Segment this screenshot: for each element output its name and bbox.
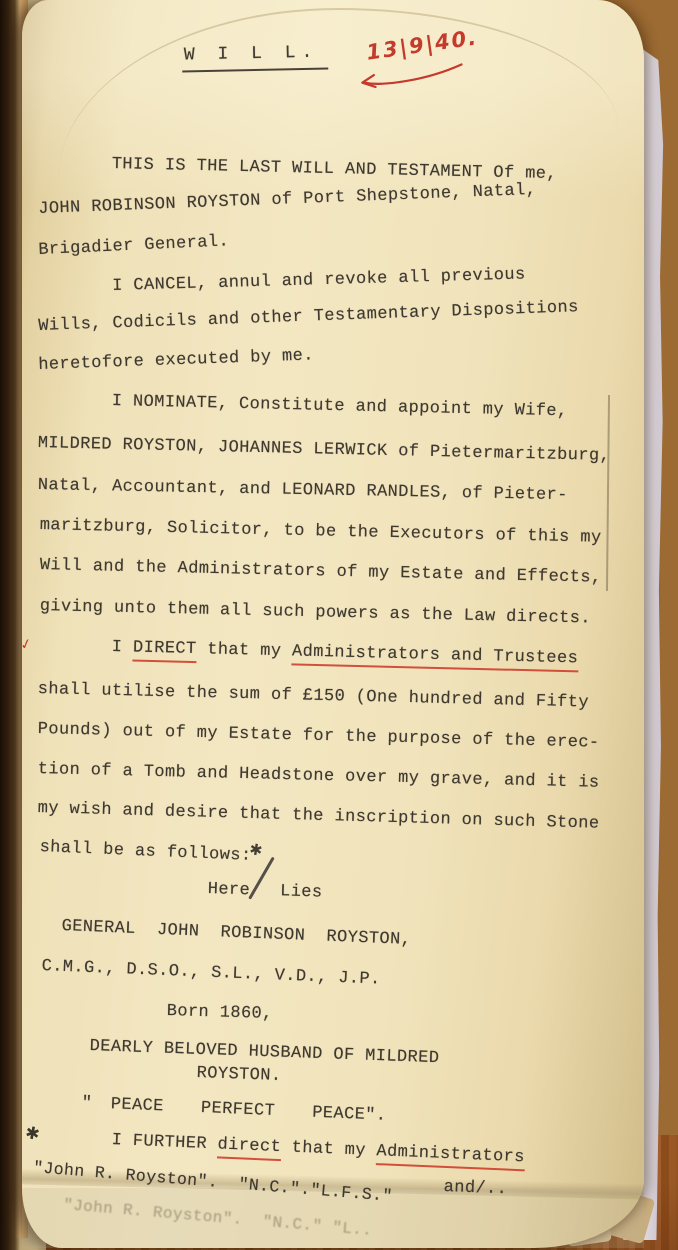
inscription-honours-line: C.M.G., D.S.O., S.L., V.D., J.P. — [41, 957, 381, 990]
will-line-direct: I DIRECT that my Administrators and Trus… — [112, 638, 579, 668]
will-line: I NOMINATE, Constitute and appoint my Wi… — [112, 392, 568, 421]
page-continuation-mark: and/.. — [443, 1178, 507, 1199]
will-line: Pounds) out of my Estate for the purpose… — [38, 720, 600, 753]
will-line: heretofore executed by me. — [38, 346, 314, 375]
will-line: shall be as follows: — [39, 838, 252, 866]
inscription-beloved-line: DEARLY BELOVED HUSBAND OF MILDRED — [89, 1037, 439, 1068]
paper-crease-vertical — [606, 395, 610, 591]
inscription-here-lies: HereLies — [207, 880, 322, 903]
inscription-peace-line: " PEACE PERFECT PEACE". — [81, 1094, 387, 1126]
insertion-asterisk-mark: ✱ — [248, 835, 264, 862]
line-segment: I FURTHER — [111, 1131, 218, 1154]
will-line: I CANCEL, annul and revoke all previous — [112, 265, 526, 296]
red-underlined-text: DIRECT — [133, 639, 197, 664]
will-line: giving unto them all such powers as the … — [40, 597, 592, 629]
red-underlined-text: direct — [217, 1135, 282, 1161]
line-segment: Here — [207, 880, 250, 900]
will-line: shall utilise the sum of £150 (One hundr… — [38, 680, 590, 712]
will-line: MILDRED ROYSTON, JOHANNES LERWICK of Pie… — [38, 434, 611, 466]
inscription-name-line: GENERAL JOHN ROBINSON ROYSTON, — [61, 917, 411, 950]
will-line: my wish and desire that the inscription … — [37, 799, 599, 834]
binding-gutter-shadow — [0, 0, 20, 1250]
will-line: JOHN ROBINSON ROYSTON of Port Shepstone,… — [38, 181, 537, 219]
will-line: Natal, Accountant, and LEONARD RANDLES, … — [38, 476, 568, 505]
will-page: W I L L. 13|9|40. THIS IS THE LAST WILL … — [22, 0, 644, 1248]
will-line: tion of a Tomb and Headstone over my gra… — [38, 760, 600, 793]
scanned-will-document: W I L L. 13|9|40. THIS IS THE LAST WILL … — [0, 0, 678, 1250]
red-underlined-text: Administrators — [376, 1142, 525, 1171]
will-line: maritzburg, Solicitor, to be the Executo… — [40, 516, 602, 548]
paper-crease — [58, 8, 618, 180]
red-underlined-text: Administrators and Trustees — [292, 642, 579, 672]
will-line: Wills, Codicils and other Testamentary D… — [38, 298, 579, 336]
line-segment: that my — [196, 640, 292, 661]
will-line: Brigadier General. — [38, 232, 230, 260]
line-segment: Lies — [280, 882, 323, 902]
inscription-born-line: Born 1860, — [166, 1002, 273, 1024]
will-line-further: I FURTHER direct that my Administrators — [111, 1131, 525, 1167]
inscription-beloved-line-2: ROYSTON. — [196, 1064, 281, 1086]
line-segment: that my — [281, 1138, 377, 1161]
will-line: Will and the Administrators of my Estate… — [40, 556, 602, 588]
will-title: W I L L. — [182, 42, 329, 72]
line-segment: I — [112, 638, 134, 658]
